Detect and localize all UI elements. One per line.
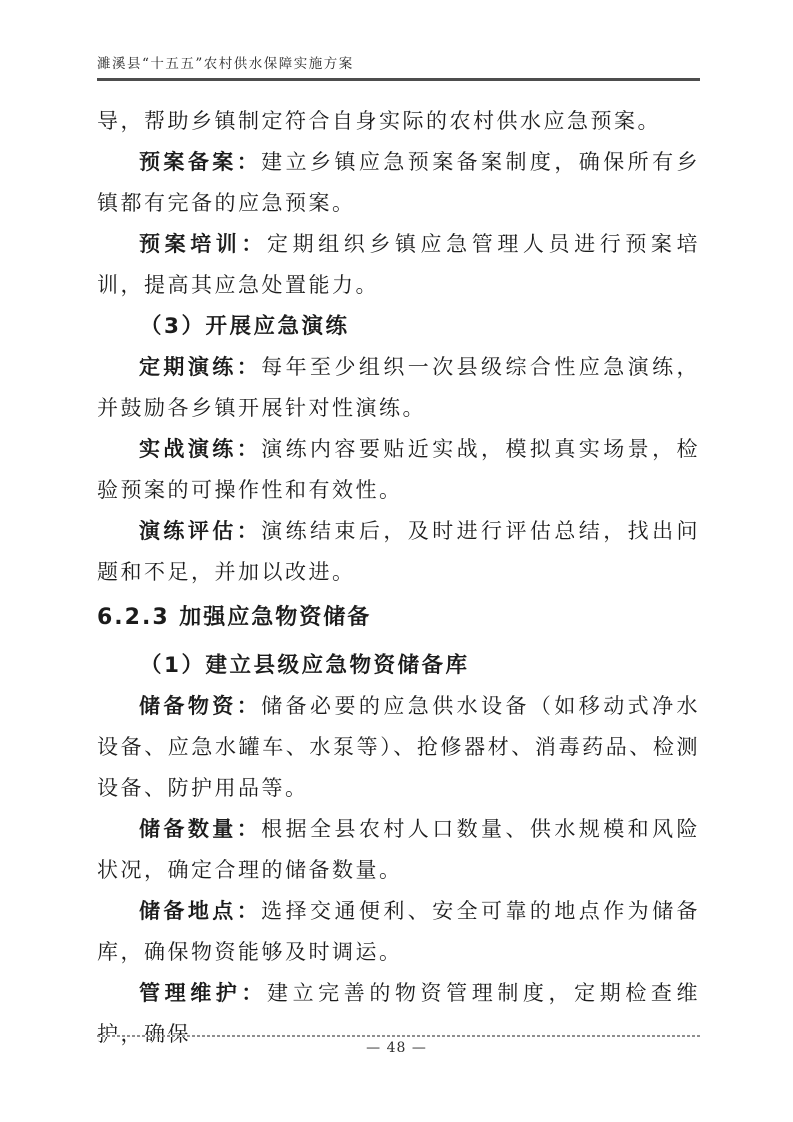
paragraph-lead-label: 实战演练： xyxy=(139,437,261,461)
page-header: 濉溪县“十五五”农村供水保障实施方案 xyxy=(97,52,700,81)
paragraph: 储备物资：储备必要的应急供水设备（如移动式净水设备、应急水罐车、水泵等）、抢修器… xyxy=(97,686,700,809)
document-page: 濉溪县“十五五”农村供水保障实施方案 导，帮助乡镇制定符合自身实际的农村供水应急… xyxy=(0,0,793,1122)
page-number: — 48 — xyxy=(0,1040,793,1056)
paragraph: 预案培训：定期组织乡镇应急管理人员进行预案培训，提高其应急处置能力。 xyxy=(97,224,700,306)
sub-heading: （3）开展应急演练 xyxy=(97,306,700,347)
paragraph-lead-label: 预案备案： xyxy=(139,150,261,174)
paragraph: 实战演练：演练内容要贴近实战，模拟真实场景，检验预案的可操作性和有效性。 xyxy=(97,429,700,511)
paragraph: 预案备案：建立乡镇应急预案备案制度，确保所有乡镇都有完备的应急预案。 xyxy=(97,142,700,224)
paragraph-lead-label: 管理维护： xyxy=(139,981,267,1005)
paragraph-lead-label: 储备数量： xyxy=(139,817,261,841)
paragraph: 定期演练：每年至少组织一次县级综合性应急演练，并鼓励各乡镇开展针对性演练。 xyxy=(97,347,700,429)
sub-heading: （1）建立县级应急物资储备库 xyxy=(97,645,700,686)
paragraph-lead-label: 演练评估： xyxy=(139,519,261,543)
footer-rule xyxy=(97,1035,700,1037)
paragraph-lead-label: 定期演练： xyxy=(139,355,261,379)
paragraph: 储备数量：根据全县农村人口数量、供水规模和风险状况，确定合理的储备数量。 xyxy=(97,809,700,891)
paragraph: 导，帮助乡镇制定符合自身实际的农村供水应急预案。 xyxy=(97,101,700,142)
header-rule xyxy=(97,78,700,81)
paragraph: 储备地点：选择交通便利、安全可靠的地点作为储备库，确保物资能够及时调运。 xyxy=(97,891,700,973)
section-heading: 6.2.3 加强应急物资储备 xyxy=(97,597,700,638)
paragraph-text: 导，帮助乡镇制定符合自身实际的农村供水应急预案。 xyxy=(97,109,661,133)
paragraph-lead-label: 储备物资： xyxy=(139,694,261,718)
paragraph: 演练评估：演练结束后，及时进行评估总结，找出问题和不足，并加以改进。 xyxy=(97,511,700,593)
header-title: 濉溪县“十五五”农村供水保障实施方案 xyxy=(97,52,700,78)
paragraph-lead-label: 储备地点： xyxy=(139,899,261,923)
paragraph-lead-label: 预案培训： xyxy=(139,232,267,256)
document-body: 导，帮助乡镇制定符合自身实际的农村供水应急预案。 预案备案：建立乡镇应急预案备案… xyxy=(97,101,700,1055)
